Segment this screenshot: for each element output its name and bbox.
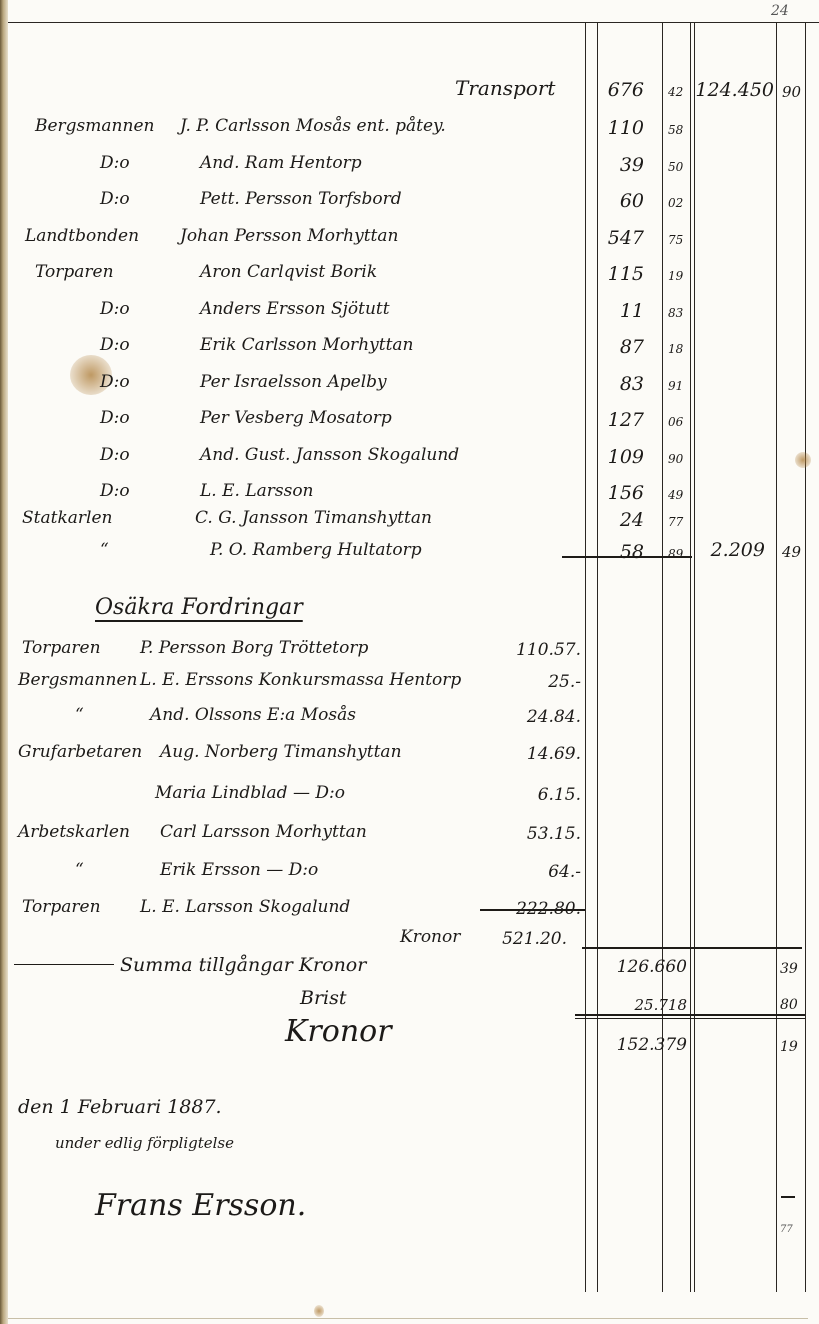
transport-carry-ore: 90 [782, 82, 801, 102]
claims-rule [480, 909, 585, 911]
column-rule [585, 22, 586, 1292]
kronor-ore: 19 [780, 1037, 798, 1057]
summa-label: Summa tillgångar Kronor [120, 955, 366, 975]
summary-rule [575, 1014, 805, 1016]
kronor-kr: 152.379 [617, 1035, 687, 1055]
transport-label: Transport [455, 78, 555, 98]
kronor-label: Kronor [285, 1022, 392, 1042]
summa-ore: 39 [780, 959, 798, 979]
bottom-edge [8, 1318, 808, 1319]
book-spine [0, 0, 8, 1324]
claims-total: 521.20. [502, 929, 567, 949]
brist-label: Brist [300, 988, 347, 1008]
section1-total-kr: 2.209 [711, 540, 765, 560]
brist-kr: 25.718 [635, 995, 688, 1015]
brist-ore: 80 [780, 995, 798, 1015]
summary-rule [575, 1018, 805, 1019]
column-rule [662, 22, 663, 1292]
transport-carry-kr: 124.450 [695, 80, 774, 100]
margin-tick [781, 1196, 795, 1198]
section1-total-ore: 49 [782, 542, 801, 562]
dash-rule [14, 964, 114, 965]
oath-line: under edlig förpligtelse [55, 1133, 234, 1153]
margin-note: 77 [780, 1220, 793, 1240]
summa-kr: 126.660 [617, 957, 687, 977]
top-rule [8, 22, 819, 23]
claims-total-label: Kronor [400, 927, 460, 947]
column-rule [805, 22, 806, 1292]
section-heading: Osäkra Fordringar [95, 598, 303, 618]
transport-sub-kr: 676 [608, 80, 644, 100]
ink-stain [795, 452, 811, 468]
column-rule [694, 22, 695, 1292]
column-rule [597, 22, 598, 1292]
summary-rule [582, 947, 802, 949]
page-number: 24 [771, 3, 789, 19]
ink-stain [314, 1305, 324, 1317]
subtotal-rule [562, 556, 692, 558]
transport-sub-ore: 42 [668, 82, 683, 102]
ledger-page: 24 Transport 676 42 124.450 90 Bergsmann… [0, 0, 819, 1324]
date-line: den 1 Februari 1887. [18, 1097, 222, 1117]
column-rule [690, 22, 691, 1292]
signature: Frans Ersson. [95, 1196, 306, 1216]
column-rule [776, 22, 777, 1292]
